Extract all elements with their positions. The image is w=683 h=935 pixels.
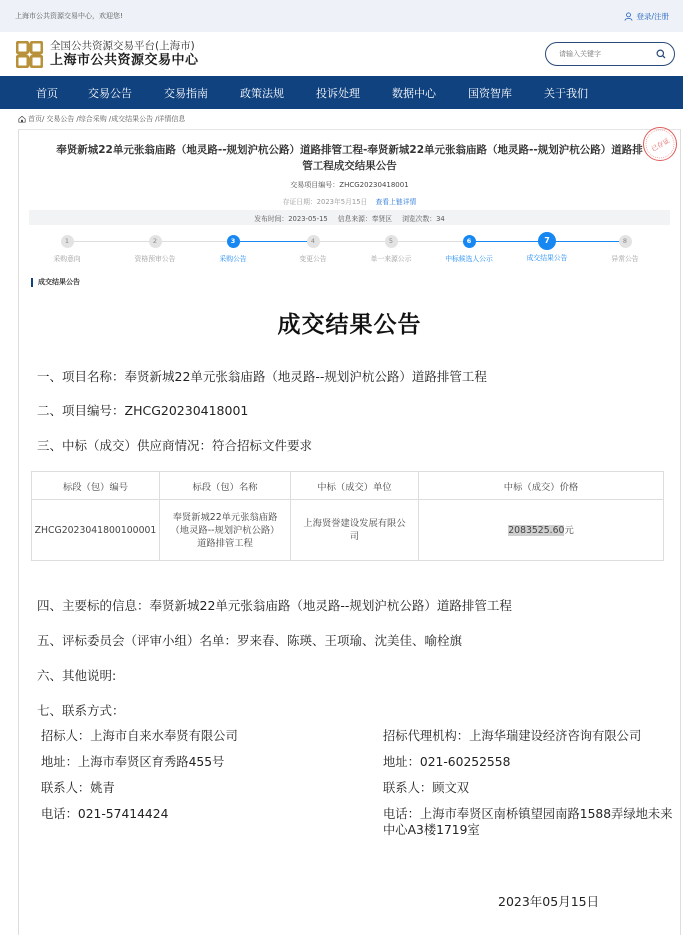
breadcrumb-detail: /详情信息 — [155, 114, 185, 124]
certified-stamp-icon: 已存证 — [642, 126, 678, 162]
step-8[interactable]: 8 异常公告 — [585, 232, 665, 263]
col-name: 标段（包）名称 — [160, 472, 291, 500]
document-title: 成交结果公告 — [19, 306, 680, 339]
tenderer-name: 招标人：上海市自来水奉贤有限公司 — [41, 728, 371, 744]
step-4[interactable]: 4 变更公告 — [273, 232, 353, 263]
step-3[interactable]: 3 采购公告 — [193, 232, 273, 263]
brand-subtitle: 全国公共资源交易平台(上海市) — [50, 40, 199, 53]
step-7[interactable]: 7 成交结果公告 — [507, 232, 587, 262]
step-2[interactable]: 2 资格预审公告 — [115, 232, 195, 263]
notice-date: 2023年05月15日 — [498, 892, 599, 910]
breadcrumb-home[interactable]: 首页/ — [28, 114, 44, 124]
step-5[interactable]: 5 单一来源公示 — [351, 232, 431, 263]
cell-company: 上海贤誉建设发展有限公司 — [291, 500, 419, 561]
agency-contacts: 招标代理机构：上海华瑞建设经济咨询有限公司 地址：021-60252558 联系… — [383, 728, 673, 848]
nav-trade-guide[interactable]: 交易指南 — [148, 85, 224, 101]
publish-time: 发布时间：2023-05-15 — [254, 213, 328, 223]
brand-title: 上海市公共资源交易中心 — [50, 53, 199, 69]
project-name: 一、项目名称：奉贤新城22单元张翁庙路（地灵路--规划沪杭公路）道路排管工程 — [19, 369, 487, 385]
login-register-link[interactable]: 登录/注册 — [624, 11, 669, 22]
notice-header: 奉贤新城22单元张翁庙路（地灵路--规划沪杭公路）道路排管工程-奉贤新城22单元… — [19, 130, 680, 225]
home-icon — [18, 115, 26, 123]
process-steps: 1 采购意向 2 资格预审公告 3 采购公告 4 变更公告 5 单一来源公示 6… — [19, 232, 680, 272]
cell-price: 2083525.60元 — [419, 500, 664, 561]
nav-about[interactable]: 关于我们 — [528, 85, 604, 101]
table-row: ZHCG2023041800100001 奉贤新城22单元张翁庙路（地灵路--规… — [32, 500, 664, 561]
nav-policies[interactable]: 政策法规 — [224, 85, 300, 101]
cell-name: 奉贤新城22单元张翁庙路（地灵路--规划沪杭公路）道路排管工程 — [160, 500, 291, 561]
supplier-info: 三、中标（成交）供应商情况：符合招标文件要求 — [19, 438, 312, 454]
nav-trade-notices[interactable]: 交易公告 — [72, 85, 148, 101]
search-icon[interactable] — [656, 49, 666, 59]
login-label: 登录/注册 — [636, 11, 669, 22]
agency-name: 招标代理机构：上海华瑞建设经济咨询有限公司 — [383, 728, 673, 744]
project-code: 交易项目编号：ZHCG20230418001 — [19, 180, 680, 190]
logo-icon — [16, 41, 43, 68]
agency-address: 地址：021-60252558 — [383, 754, 673, 770]
col-code: 标段（包）编号 — [32, 472, 160, 500]
notice-title: 奉贤新城22单元张翁庙路（地灵路--规划沪杭公路）道路排管工程-奉贤新城22单元… — [55, 142, 645, 174]
section-heading: 成交结果公告 — [19, 277, 680, 287]
breadcrumb-procurement[interactable]: /综合采购 — [76, 114, 106, 124]
price-unit: 元 — [564, 525, 573, 536]
nav-home[interactable]: 首页 — [22, 85, 72, 101]
subject-info: 四、主要标的信息：奉贤新城22单元张翁庙路（地灵路--规划沪杭公路）道路排管工程 — [19, 598, 512, 614]
contact-heading: 七、联系方式： — [19, 703, 125, 719]
tenderer-address: 地址：上海市奉贤区育秀路455号 — [41, 754, 371, 770]
breadcrumb: 首页/ 交易公告 /综合采购 /成交结果公告 /详情信息 — [0, 109, 683, 129]
nav-think-tank[interactable]: 国资智库 — [452, 85, 528, 101]
other-notes: 六、其他说明: — [19, 668, 116, 684]
view-count: 浏览次数：34 — [402, 213, 445, 223]
certification-info: 存证日期：2023年5月15日 查看上链详情 — [19, 196, 680, 206]
view-chain-details-link[interactable]: 查看上链详情 — [376, 198, 417, 206]
nav-data-center[interactable]: 数据中心 — [376, 85, 452, 101]
committee-list: 五、评标委员会（评审小组）名单：罗来春、陈瑛、王项瑜、沈美佳、喻栓旗 — [19, 633, 462, 649]
step-1[interactable]: 1 采购意向 — [27, 232, 107, 263]
step-6[interactable]: 6 中标候选人公示 — [429, 232, 509, 263]
welcome-text: 上海市公共资源交易中心，欢迎您! — [15, 11, 123, 21]
user-icon — [624, 12, 633, 21]
info-source: 信息来源：奉贤区 — [338, 213, 392, 223]
project-number: 二、项目编号：ZHCG20230418001 — [19, 403, 248, 419]
agency-phone: 电话：上海市奉贤区南桥镇望园南路1588弄绿地未来中心A3楼1719室 — [383, 806, 673, 838]
svg-text:已存证: 已存证 — [650, 135, 672, 153]
notice-content: 已存证 奉贤新城22单元张翁庙路（地灵路--规划沪杭公路）道路排管工程-奉贤新城… — [18, 129, 681, 935]
search-input[interactable] — [559, 50, 649, 58]
nav-complaints[interactable]: 投诉处理 — [300, 85, 376, 101]
main-nav: 首页 交易公告 交易指南 政策法规 投诉处理 数据中心 国资智库 关于我们 — [0, 76, 683, 109]
col-price: 中标（成交）价格 — [419, 472, 664, 500]
brand[interactable]: 全国公共资源交易平台(上海市) 上海市公共资源交易中心 — [16, 40, 199, 69]
breadcrumb-trade-notices[interactable]: 交易公告 — [46, 114, 74, 124]
breadcrumb-result-notice[interactable]: /成交结果公告 — [109, 114, 153, 124]
tenderer-phone: 电话：021-57414424 — [41, 806, 371, 822]
agency-contact: 联系人：顾文双 — [383, 780, 673, 796]
site-header: 全国公共资源交易平台(上海市) 上海市公共资源交易中心 — [0, 32, 683, 76]
top-bar: 上海市公共资源交易中心，欢迎您! 登录/注册 — [0, 0, 683, 32]
tenderer-contacts: 招标人：上海市自来水奉贤有限公司 地址：上海市奉贤区育秀路455号 联系人：姚青… — [41, 728, 371, 832]
search-box[interactable] — [545, 42, 675, 66]
tenderer-contact: 联系人：姚青 — [41, 780, 371, 796]
meta-bar: 发布时间：2023-05-15 信息来源：奉贤区 浏览次数：34 — [29, 210, 670, 225]
price-value: 2083525.60 — [508, 525, 564, 536]
result-table: 标段（包）编号 标段（包）名称 中标（成交）单位 中标（成交）价格 ZHCG20… — [31, 471, 664, 561]
cert-date: 存证日期：2023年5月15日 — [283, 198, 368, 206]
col-company: 中标（成交）单位 — [291, 472, 419, 500]
cell-code: ZHCG2023041800100001 — [32, 500, 160, 561]
